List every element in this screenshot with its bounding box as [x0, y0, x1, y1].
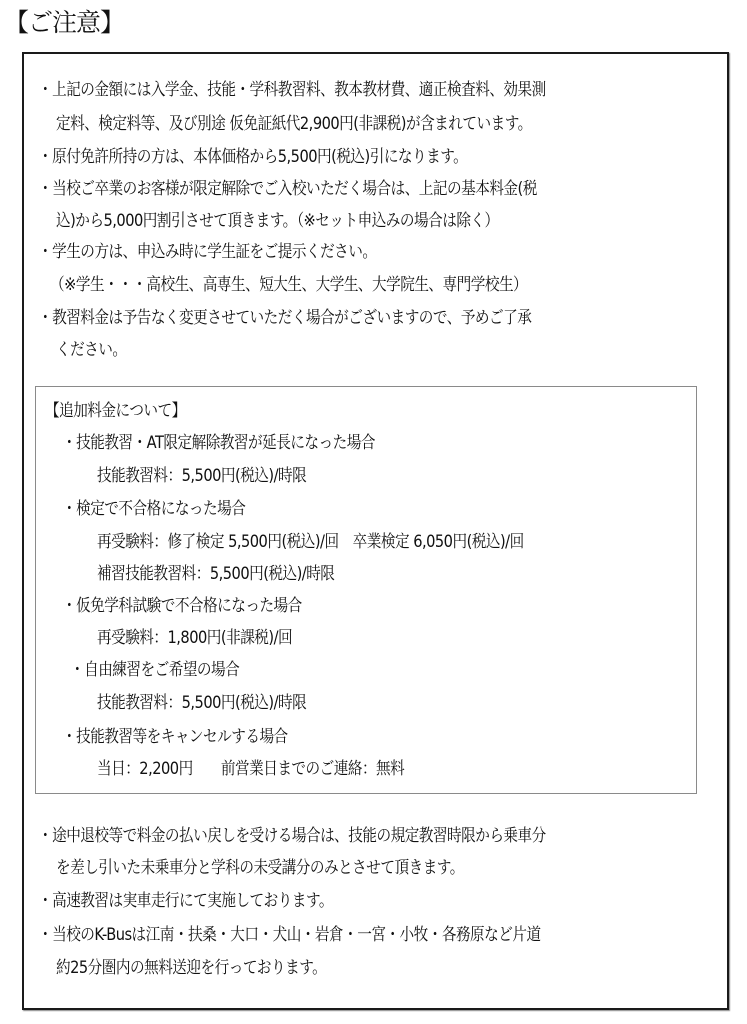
- notice-line: 定料、検定料等、及び別途 仮免証紙代2,900円(非課税)が含まれています。: [56, 112, 532, 136]
- fee-line: 技能教習料：5,500円(税込)/時限: [97, 464, 306, 488]
- fee-line: ・検定で不合格になった場合: [62, 497, 245, 521]
- notice-line: ・教習料金は予告なく変更させていただく場合がございますので、予めご了承: [38, 306, 531, 330]
- fee-line: ・技能教習・AT限定解除教習が延長になった場合: [62, 431, 375, 455]
- page-title: 【ご注意】: [4, 6, 124, 40]
- fee-line: ・技能教習等をキャンセルする場合: [62, 725, 288, 749]
- notice-line: ・上記の金額には入学金、技能・学科教習料、教本教材費、適正検査料、効果測: [38, 78, 546, 102]
- notice-line: ・学生の方は、申込み時に学生証をご提示ください。: [38, 240, 377, 264]
- additional-fees-heading: 【追加料金について】: [45, 399, 186, 423]
- fee-line: 技能教習料：5,500円(税込)/時限: [97, 691, 306, 715]
- fee-line: ・自由練習をご希望の場合: [70, 658, 239, 682]
- notice-line: 約25分圏内の無料送迎を行っております。: [56, 956, 326, 980]
- notice-line: 込)から5,000円割引させて頂きます。（※セット申込みの場合は除く）: [56, 209, 499, 233]
- notice-line: ・原付免許所持の方は、本体価格から5,500円(税込)引になります。: [38, 145, 467, 169]
- notice-line: ・途中退校等で料金の払い戻しを受ける場合は、技能の規定教習時限から乗車分: [38, 824, 546, 848]
- notice-line: ・高速教習は実車走行にて実施しております。: [38, 889, 333, 913]
- fee-line: 補習技能教習料：5,500円(税込)/時限: [97, 562, 334, 586]
- notice-line: （※学生・・・高校生、高専生、短大生、大学生、大学院生、専門学校生）: [50, 273, 527, 297]
- notice-line: ・当校のK-Busは江南・扶桑・大口・犬山・岩倉・一宮・小牧・各務原など片道: [38, 923, 541, 947]
- fee-line: 再受験料：修了検定 5,500円(税込)/回 卒業検定 6,050円(税込)/回: [97, 530, 524, 554]
- fee-line: ・仮免学科試験で不合格になった場合: [62, 594, 302, 618]
- fee-line: 再受験料：1,800円(非課税)/回: [97, 626, 292, 650]
- notice-line: ・当校ご卒業のお客様が限定解除でご入校いただく場合は、上記の基本料金(税: [38, 177, 537, 201]
- fee-line: 当日：2,200円 前営業日までのご連絡：無料: [97, 757, 404, 781]
- notice-line: を差し引いた未乗車分と学科の未受講分のみとさせて頂きます。: [56, 856, 464, 880]
- notice-line: ください。: [56, 338, 127, 362]
